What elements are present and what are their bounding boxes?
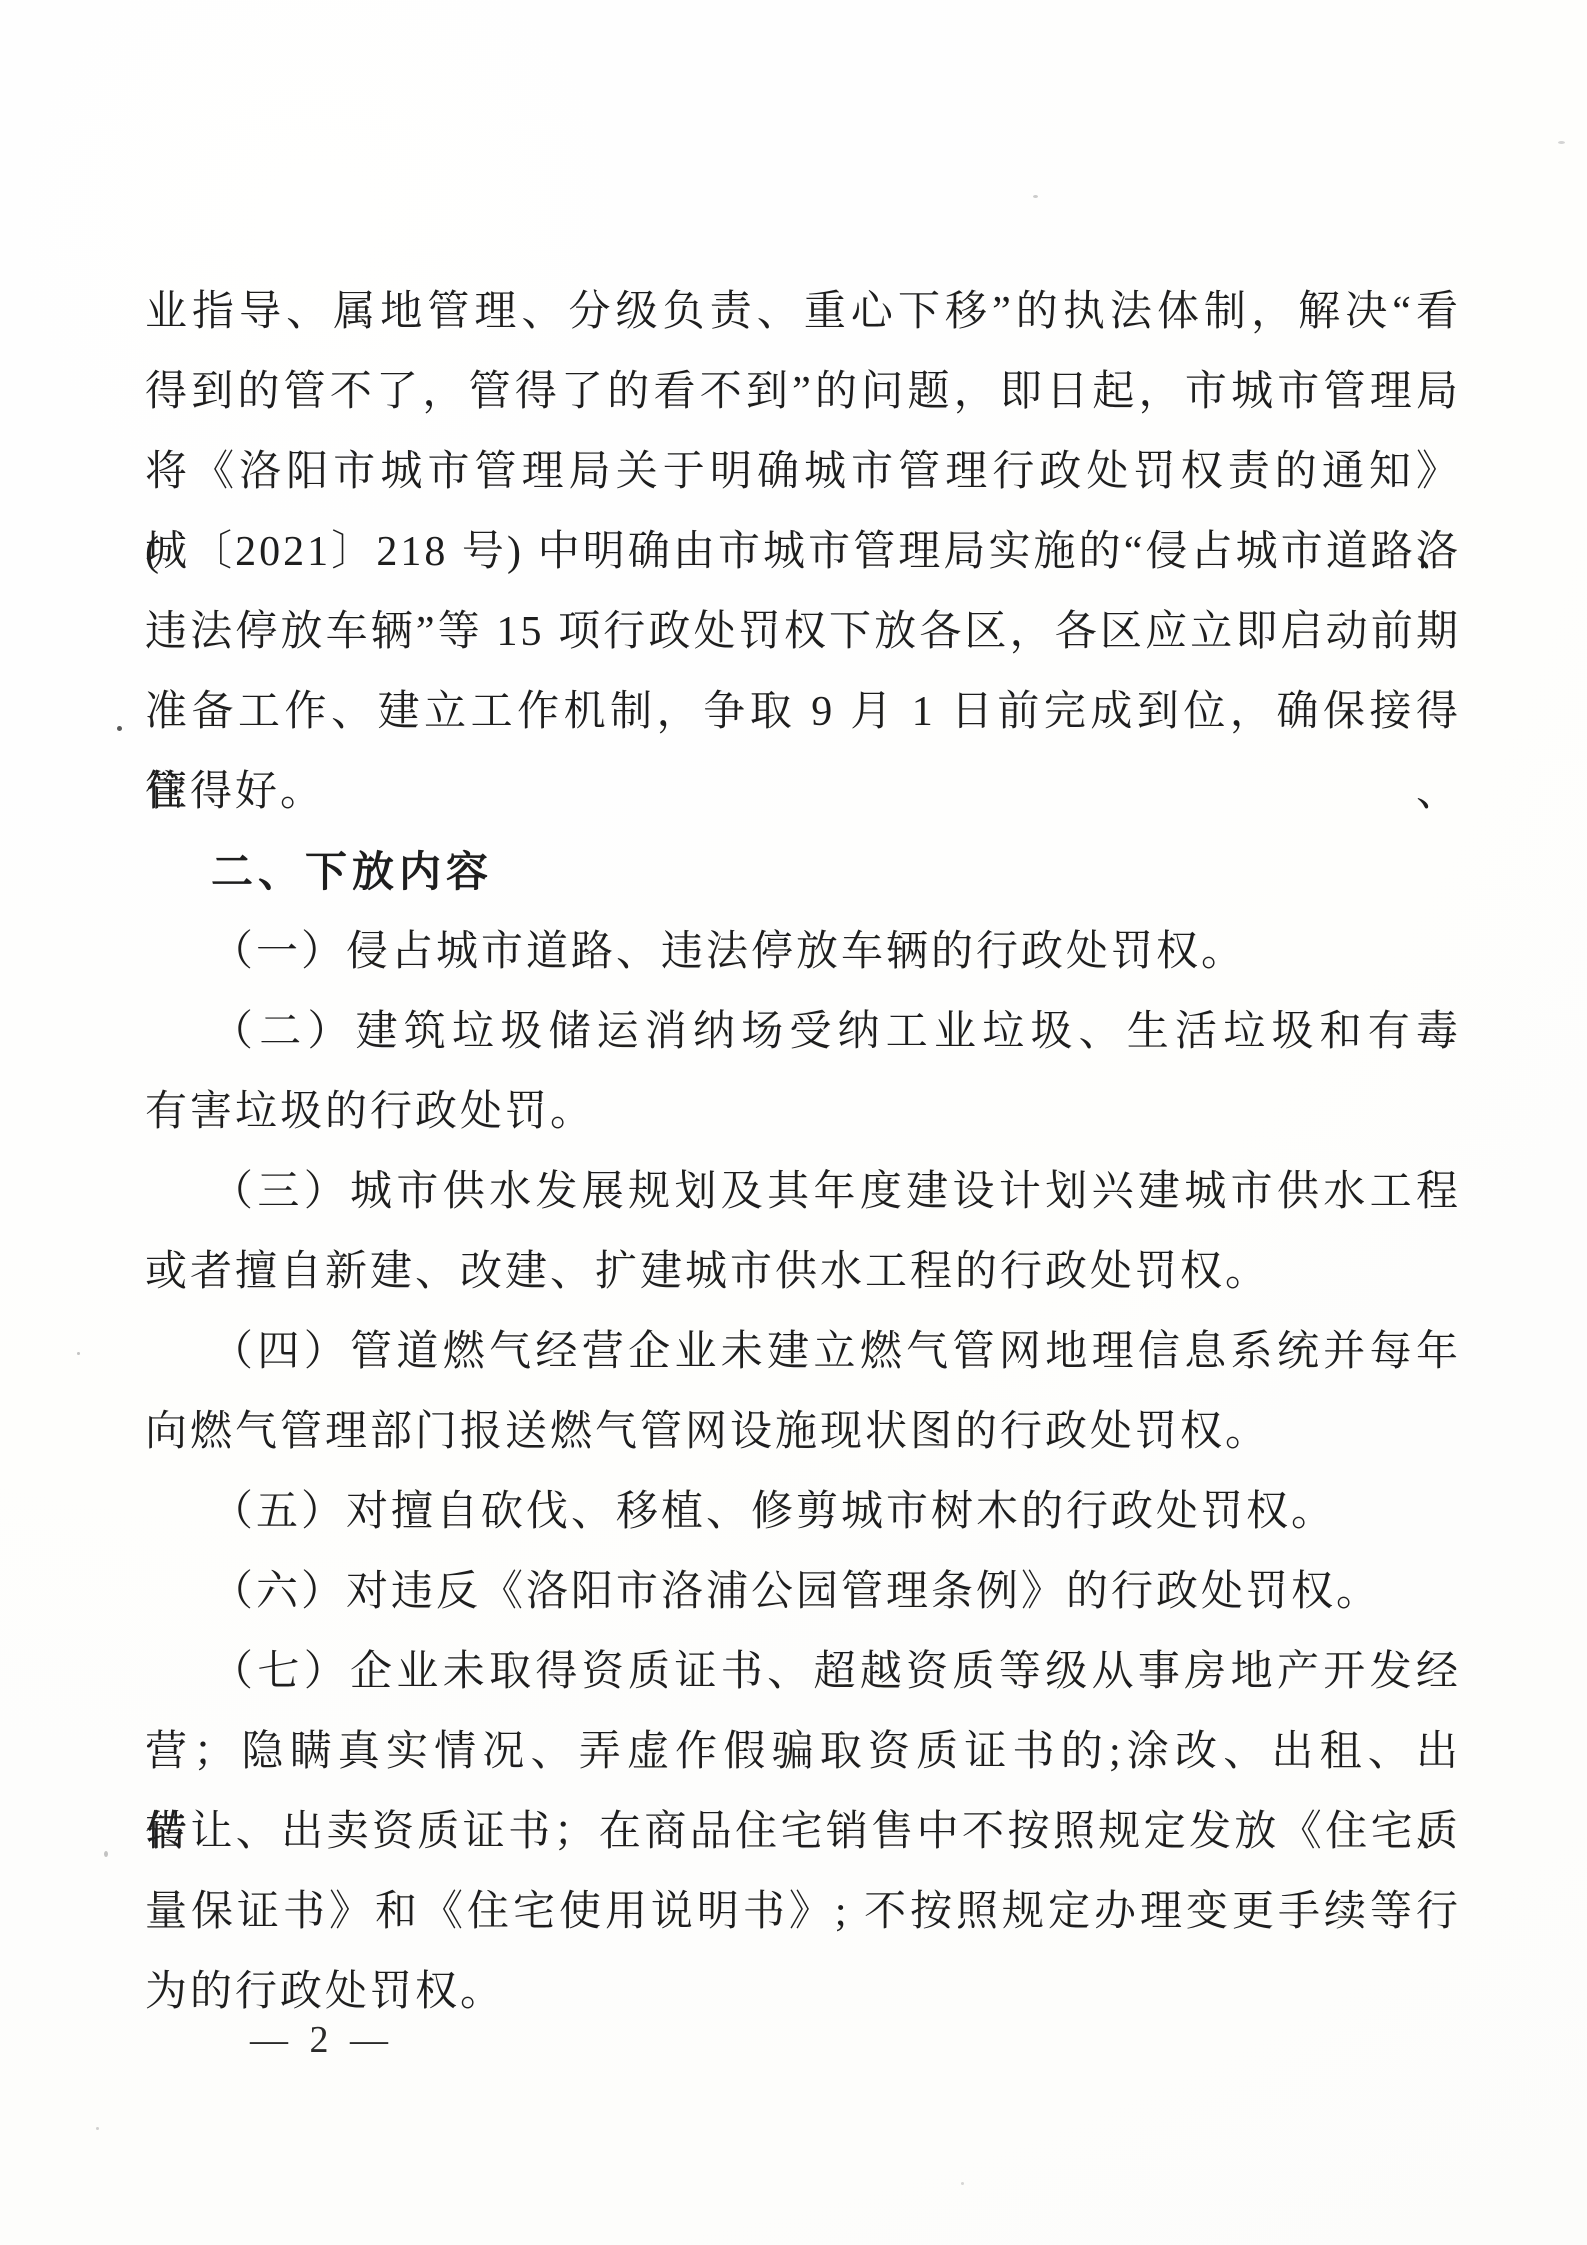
scan-speck: [104, 1851, 108, 1857]
text-line: 营；隐瞒真实情况、弄虚作假骗取资质证书的;涂改、出租、出借、: [145, 1712, 1461, 1792]
text-line: 量保证书》和《住宅使用说明书》; 不按照规定办理变更手续等行: [145, 1872, 1461, 1952]
page-number: — 2 —: [250, 2012, 394, 2068]
list-item: （四）管道燃气经营企业未建立燃气管网地理信息系统并每年: [145, 1312, 1461, 1392]
list-item: （七）企业未取得资质证书、超越资质等级从事房地产开发经: [145, 1632, 1461, 1712]
scan-speck: [77, 1352, 80, 1355]
list-item: （二）建筑垃圾储运消纳场受纳工业垃圾、生活垃圾和有毒: [145, 992, 1461, 1072]
text-line: 业指导、属地管理、分级负责、重心下移”的执法体制，解决“看: [145, 272, 1461, 352]
section-heading: 二、下放内容: [145, 832, 1461, 912]
list-item: （一）侵占城市道路、违法停放车辆的行政处罚权。: [145, 912, 1461, 992]
list-item: （三）城市供水发展规划及其年度建设计划兴建城市供水工程: [145, 1152, 1461, 1232]
scan-speck: [117, 726, 122, 731]
scan-speck: [1558, 141, 1565, 144]
document-page: 业指导、属地管理、分级负责、重心下移”的执法体制，解决“看 得到的管不了，管得了…: [0, 0, 1587, 2245]
text-line: 转让、出卖资质证书；在商品住宅销售中不按照规定发放《住宅质: [145, 1792, 1461, 1872]
scan-speck: [1033, 195, 1038, 198]
scan-speck: [961, 2182, 964, 2185]
document-body: 业指导、属地管理、分级负责、重心下移”的执法体制，解决“看 得到的管不了，管得了…: [145, 272, 1461, 2032]
text-line: 或者擅自新建、改建、扩建城市供水工程的行政处罚权。: [145, 1232, 1461, 1312]
text-line: 城〔2021〕218 号) 中明确由市城市管理局实施的“侵占城市道路、: [145, 512, 1461, 592]
text-line: 得到的管不了，管得了的看不到”的问题，即日起，市城市管理局: [145, 352, 1461, 432]
text-line: 有害垃圾的行政处罚。: [145, 1072, 1461, 1152]
text-line: 向燃气管理部门报送燃气管网设施现状图的行政处罚权。: [145, 1392, 1461, 1472]
text-line: 准备工作、建立工作机制，争取 9 月 1 日前完成到位，确保接得住、: [145, 672, 1461, 752]
list-item: （五）对擅自砍伐、移植、修剪城市树木的行政处罚权。: [145, 1472, 1461, 1552]
scan-speck: [96, 2127, 99, 2130]
text-line: 将《洛阳市城市管理局关于明确城市管理行政处罚权责的通知》(洛: [145, 432, 1461, 512]
list-item: （六）对违反《洛阳市洛浦公园管理条例》的行政处罚权。: [145, 1552, 1461, 1632]
text-line: 违法停放车辆”等 15 项行政处罚权下放各区，各区应立即启动前期: [145, 592, 1461, 672]
